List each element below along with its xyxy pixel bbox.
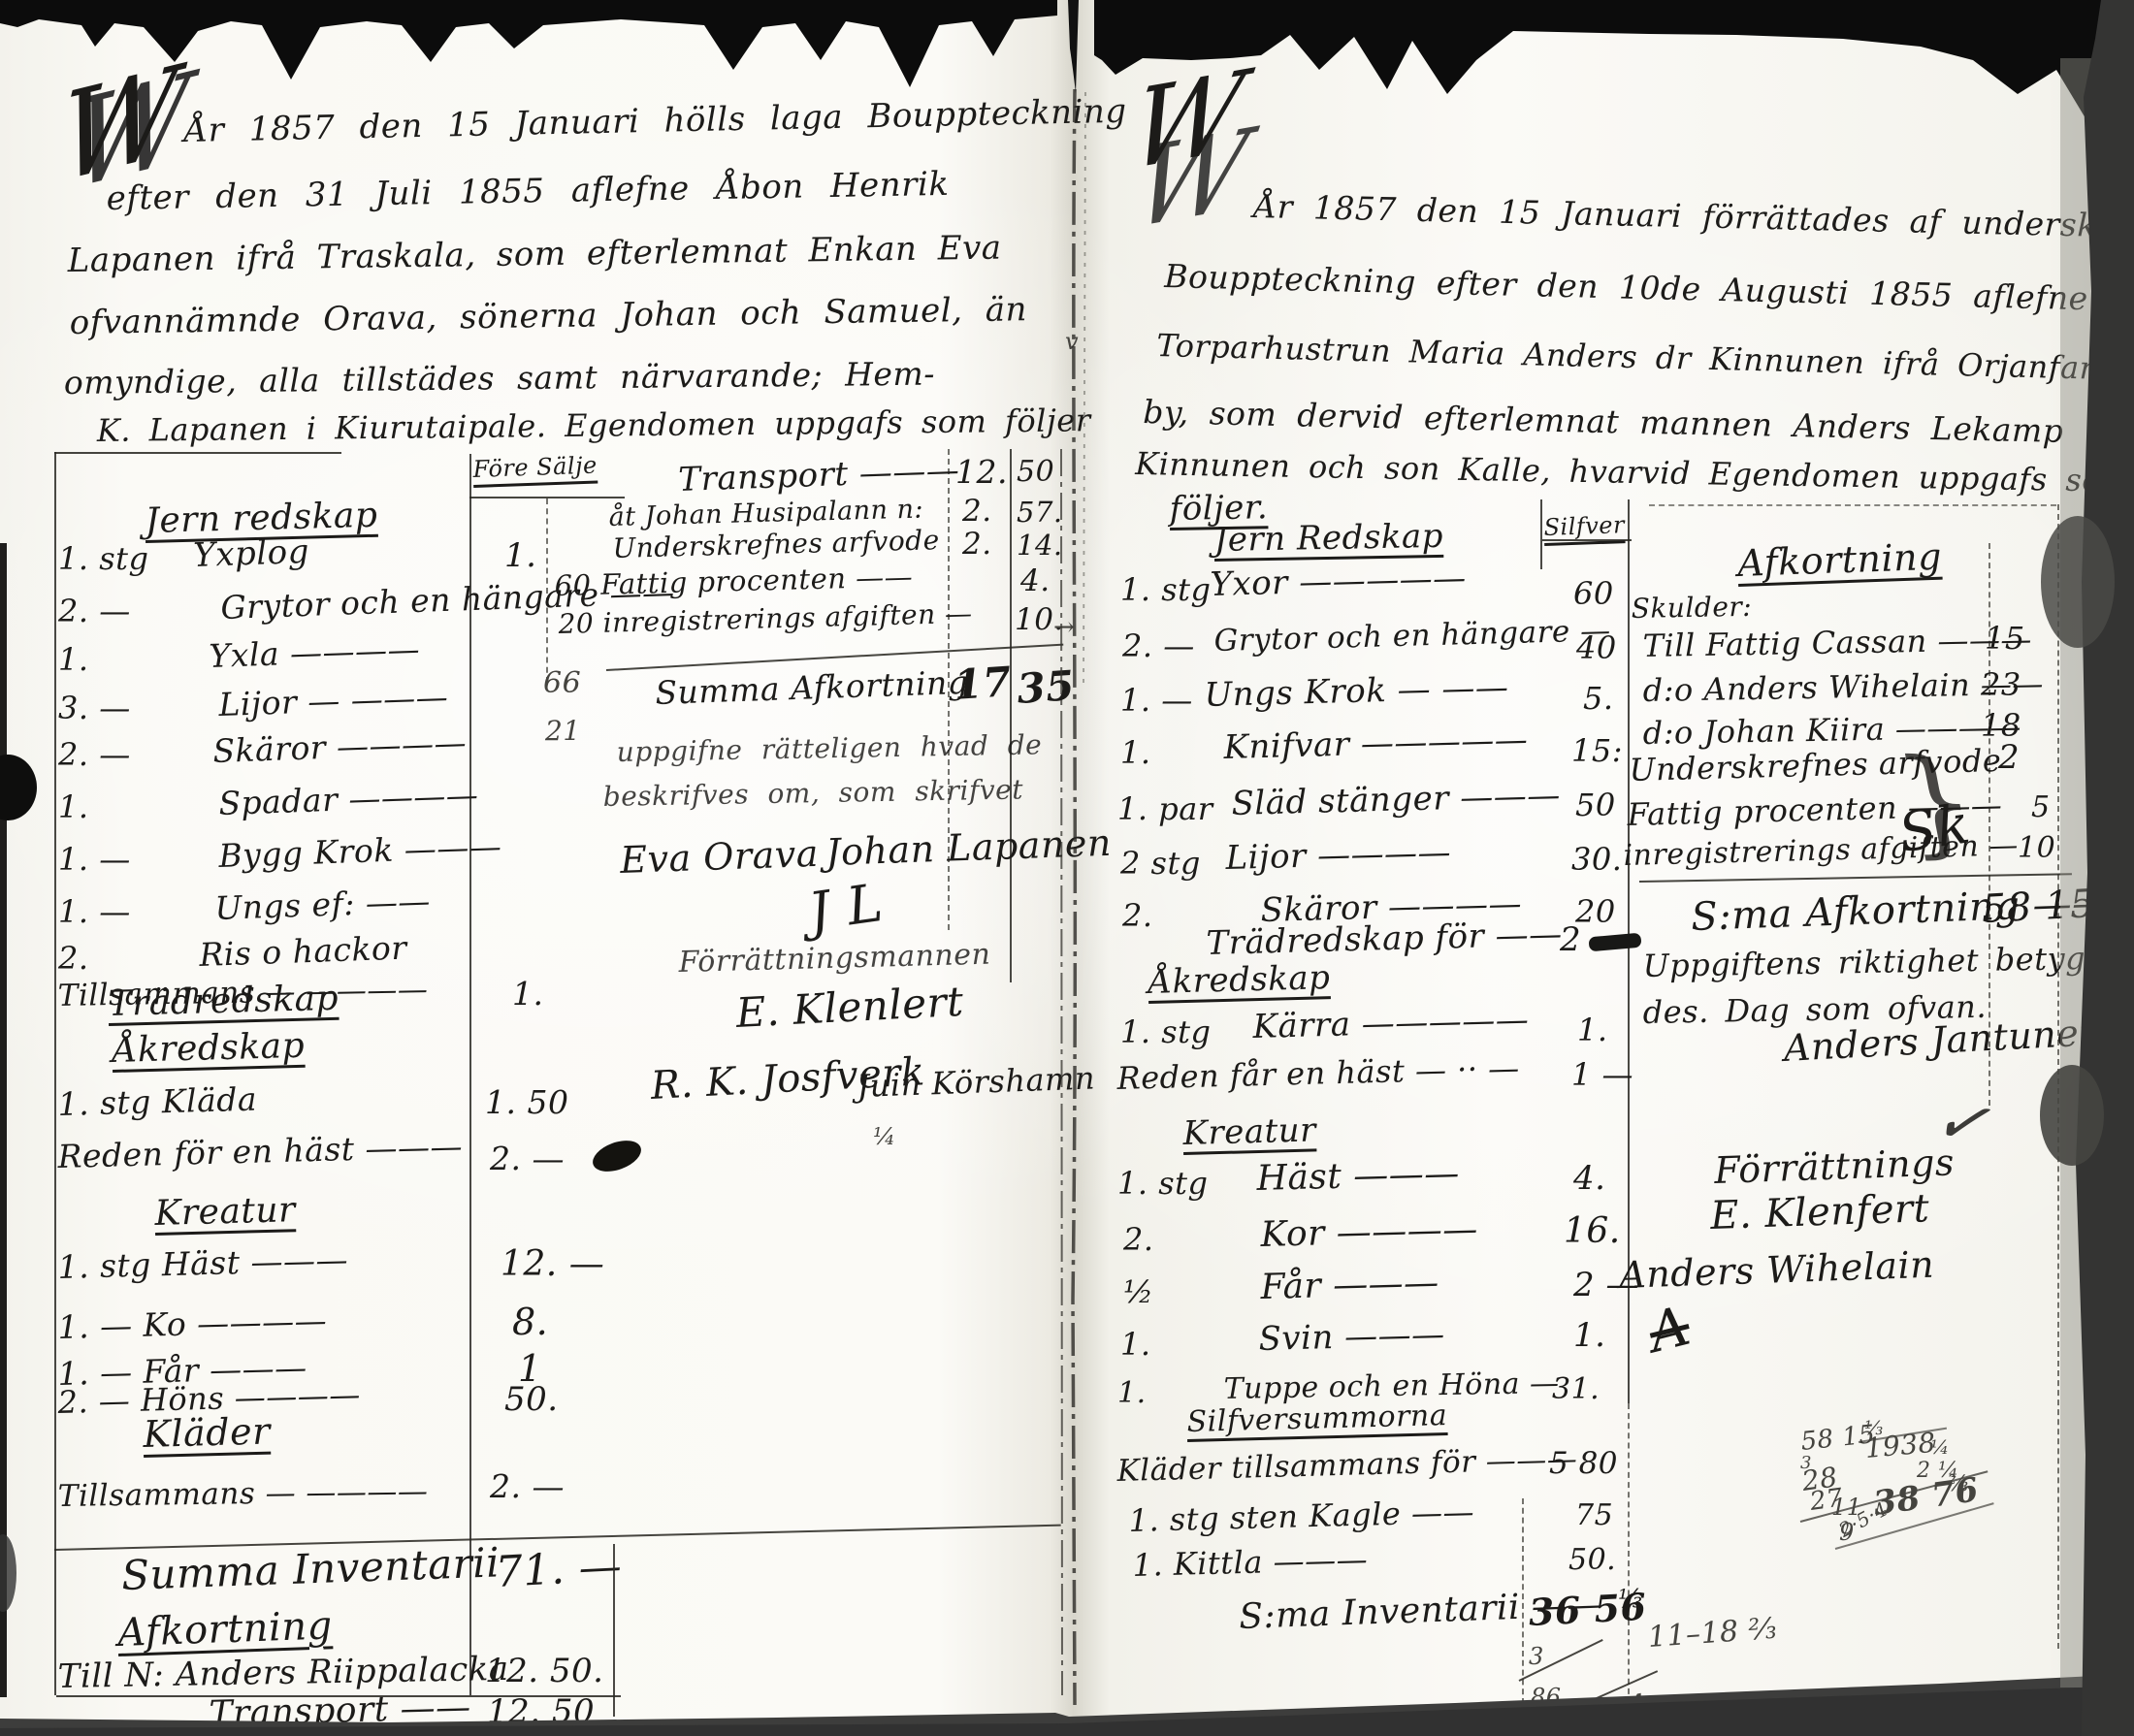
signature: Förrättnings	[1714, 1143, 1956, 1189]
item-value: 15:	[1571, 735, 1623, 766]
item-label: Spadar ————	[218, 779, 479, 820]
heading-line: Bouppteckning efter den 10de Augusti 185…	[1164, 260, 2088, 314]
item-value: 5.	[1583, 683, 1614, 714]
item-no: 2. —	[58, 595, 131, 627]
pencil-calc: ¼	[1930, 1437, 1950, 1457]
ded-value: 23	[1981, 669, 2021, 700]
item-no: 2. —	[58, 739, 131, 770]
item-no: 1.	[1117, 1379, 1147, 1408]
heading-line: Lapanen ifrå Traskala, som efterlemnat E…	[68, 232, 1002, 277]
rule-line	[1010, 449, 1012, 982]
row-value: 2. —	[490, 1470, 565, 1502]
sub-header: Skulder:	[1632, 594, 1753, 623]
ded-sum-value: 58 15	[1981, 884, 2096, 929]
section-header: Kreatur	[154, 1193, 296, 1232]
item-label: Häst ———	[1256, 1157, 1460, 1197]
ded-value: 2	[1998, 741, 2020, 774]
note-label: Transport ———	[678, 454, 960, 497]
item-label: Yxor —————	[1210, 562, 1467, 601]
heading-line: omyndige, alla tillstädes samt närvarand…	[64, 358, 935, 399]
signature: Eva Orava	[620, 835, 820, 879]
row-value: 71. —	[495, 1545, 624, 1594]
item-label: Kärra —————	[1252, 1004, 1530, 1044]
item-no: 1. stg	[1117, 1168, 1208, 1199]
item-label: Lijor ————	[1225, 836, 1451, 875]
rule-line	[1628, 1403, 1630, 1704]
scan-edge-top-nub	[1068, 0, 1079, 93]
row-label: 1. stg Häst ———	[57, 1243, 348, 1283]
ded-label: Till Fattig Cassan ———	[1642, 624, 2032, 661]
cert-line: beskrifves om, som skrifvet	[603, 776, 1024, 811]
edge-stain	[2040, 1065, 2104, 1166]
note-kop: 50	[1017, 458, 1054, 487]
edge-blob	[0, 755, 37, 820]
section-header: Åkredskap	[112, 1029, 306, 1069]
row-value: 50.	[504, 1383, 559, 1416]
row-label: Trädredskap för ——	[1206, 917, 1563, 960]
item-no: 2.	[1123, 1224, 1154, 1255]
item-value: 1.	[1573, 1319, 1605, 1352]
item-label: Skäror ————	[212, 726, 468, 767]
row-label: 1. — Ko ————	[57, 1304, 327, 1343]
rule-line	[469, 454, 471, 1695]
rule-line	[1540, 499, 1542, 569]
note-rub: 2.	[962, 530, 992, 560]
column-header: Före Sälje	[472, 454, 598, 481]
item-label: Svin ———	[1258, 1318, 1445, 1356]
item-no: 2. —	[1122, 630, 1195, 661]
item-label: Kor ————	[1260, 1212, 1478, 1253]
item-label: Yxplog	[193, 535, 310, 572]
row-value: 5 80	[1549, 1449, 1618, 1479]
signature: Johan Lapanen	[825, 824, 1113, 871]
item-no: 1.	[58, 644, 89, 675]
item-no: 2.	[1122, 900, 1153, 931]
pencil-calc: ⅔	[1948, 1474, 1969, 1495]
flourish-mark: W	[1123, 55, 1251, 186]
edge-blob	[0, 1534, 16, 1612]
pencil-note: 64	[1596, 1689, 1652, 1736]
item-value: 1 —	[1571, 1059, 1633, 1090]
item-value: 1.	[1577, 1014, 1608, 1045]
row-value: 75	[1575, 1501, 1613, 1530]
ded-value: 10	[2018, 834, 2055, 863]
scan-edge-left	[0, 543, 7, 1697]
pencil-note: 3	[1529, 1645, 1544, 1668]
item-no: 1.	[1120, 737, 1151, 768]
item-value: 16.	[1564, 1214, 1621, 1249]
section-header: Afkortning	[1737, 538, 1943, 582]
note-sum-label: Summa Afkortning	[655, 666, 969, 709]
scan-edge-right	[2076, 0, 2134, 1736]
pencil-note: 66	[543, 669, 581, 698]
section-header: Åkredskap	[1148, 961, 1331, 999]
item-label: Ungs Krok — ——	[1204, 671, 1509, 712]
heading-line: efter den 31 Juli 1855 aflefne Åbon Henr…	[106, 168, 949, 215]
item-value: 40	[1576, 632, 1617, 663]
heading-line: Torparhustrun Maria Anders dr Kinnunen i…	[1156, 330, 2132, 385]
ded-value: 5	[2031, 793, 2051, 822]
row-label: 1. stg Kläda	[57, 1083, 257, 1120]
rule-line	[613, 1544, 615, 1717]
section-header: Kreatur	[1182, 1113, 1316, 1150]
row-value: 1. 50	[485, 1086, 568, 1118]
row-label: 1. Kittla ———	[1132, 1544, 1368, 1581]
note-rub: 2.	[962, 497, 992, 527]
bomaerke-mark: A	[1643, 1300, 1695, 1362]
cert-line: Uppgiftens riktighet betyga-	[1642, 943, 2116, 981]
monogram-mark: J L	[805, 877, 886, 939]
row-label: Tillsammans — ————	[57, 975, 428, 1012]
pencil-note: 21	[545, 718, 581, 745]
item-label: Yxla ————	[209, 632, 421, 672]
rule-line	[54, 452, 56, 1695]
section-header: Afkortning	[117, 1606, 334, 1653]
item-label: Grytor och en hängare —	[1213, 616, 1611, 657]
item-no: 1. stg	[1120, 1016, 1211, 1047]
row-label: 1. stg sten Kagle ——	[1128, 1496, 1474, 1536]
item-value: 20	[1575, 896, 1616, 927]
row-label: Kläder tillsammans för ———	[1116, 1445, 1577, 1487]
note-sum-rub: 17	[953, 661, 1013, 706]
heading-line: År 1857 den 15 Januari förrättades af un…	[1253, 190, 2134, 243]
row-label: Tillsammans — ————	[58, 1477, 429, 1512]
note-kop: 4.	[1020, 566, 1051, 596]
item-no: 1. —	[58, 896, 131, 927]
scanned-ledger-spread: W År 1857 den 15 Januari hölls laga Boup…	[0, 0, 2134, 1736]
signature: E. Klenlert	[735, 981, 965, 1034]
row-label: Reden för en häst ———	[57, 1130, 463, 1173]
row-label: Transport ——	[209, 1690, 471, 1732]
item-label: Släd stänger ———	[1231, 779, 1561, 820]
row-value: 1.	[512, 978, 544, 1010]
row-value: 2. —	[490, 1142, 565, 1174]
item-no: ½	[1123, 1276, 1154, 1307]
section-header: Jern Redskap	[1213, 520, 1443, 557]
item-no: 1.	[58, 791, 89, 822]
ink-smudge	[589, 1135, 645, 1177]
item-value: 4.	[1573, 1162, 1605, 1195]
note-label: Underskrefnes arfvode	[612, 527, 940, 563]
ded-value: 18	[1981, 710, 2021, 741]
heading-line: K. Lapanen i Kiurutaipale. Egendomen upp…	[97, 404, 1091, 446]
row-label: Summa Inventarii	[121, 1542, 501, 1596]
item-no: 1. —	[58, 844, 131, 875]
gutter-fold-line	[1083, 92, 1085, 684]
item-label: Ungs ef: ——	[214, 884, 431, 924]
item-label: Bygg Krok ———	[218, 830, 502, 872]
note-kop: 57.	[1017, 498, 1063, 527]
edge-stain	[2041, 516, 2115, 648]
signature: Juin Körshamn	[857, 1062, 1096, 1102]
pencil-note: 11–18 ⅔	[1647, 1615, 1778, 1653]
cert-line: uppgifne rätteligen hvad de	[617, 731, 1043, 766]
ink-blot	[1588, 933, 1641, 952]
row-value: 12. 50	[487, 1695, 595, 1728]
note-kop: 14.	[1017, 531, 1063, 560]
item-value: 50	[1575, 789, 1616, 820]
row-value: 12. 50.	[485, 1655, 603, 1688]
item-no: 1. par	[1117, 793, 1213, 824]
item-no: 1. stg	[58, 543, 148, 574]
heading-line: ofvannämnde Orava, sönerna Johan och Sam…	[70, 293, 1028, 339]
item-label: Knifvar —————	[1223, 723, 1529, 764]
item-label: Ris o hackor	[199, 932, 407, 971]
item-no: 1. —	[1120, 685, 1193, 716]
heading-line: År 1857 den 15 Januari hölls laga Bouppt…	[183, 95, 1127, 147]
section-header: Silfversummorna	[1186, 1401, 1447, 1437]
item-value: 1.	[504, 539, 536, 572]
item-label: Får ———	[1260, 1266, 1439, 1305]
item-label: Lijor — ———	[218, 681, 449, 721]
item-value: 31.	[1552, 1375, 1600, 1404]
monogram-mark: Sk	[1895, 797, 1973, 861]
row-label: Till N: Anders Riippalacka	[57, 1653, 508, 1693]
pencil-note: ¼	[873, 1125, 896, 1148]
row-value: 8.	[512, 1303, 548, 1340]
item-no: 3. —	[58, 692, 131, 723]
rule-line	[1639, 873, 2072, 883]
rule-line	[1649, 504, 2056, 506]
row-value: 2	[1560, 923, 1581, 956]
signature: E. Klenfert	[1710, 1189, 1930, 1236]
item-value: 30.	[1571, 844, 1622, 875]
pencil-calc: 1938	[1864, 1430, 1937, 1463]
ded-value: 15	[1985, 623, 2025, 654]
note-rub: 12.	[955, 456, 1008, 488]
rule-line	[54, 452, 341, 454]
item-no: 1. stg	[1120, 574, 1211, 605]
item-no: 2 stg	[1120, 848, 1201, 879]
column-header: Silfver	[1543, 513, 1625, 539]
item-label: Reden får en häst — ·· —	[1116, 1052, 1520, 1094]
fraction-mark: ⅓	[1618, 1587, 1643, 1612]
rule-line	[2057, 504, 2059, 1649]
note-label: 20 inregistrerings afgiften —	[558, 600, 973, 638]
item-no: 1.	[1120, 1329, 1151, 1360]
cert-title: Förrättningsmannen	[678, 941, 990, 978]
signature: Anders Wihelain	[1619, 1246, 1935, 1294]
row-value: 50.	[1568, 1546, 1616, 1575]
row-value: 12. —	[501, 1247, 604, 1282]
gutter-mark: →	[1053, 615, 1075, 640]
section-header: Kläder	[143, 1413, 271, 1453]
item-value: 60	[1573, 578, 1614, 609]
pencil-note: 86	[1531, 1686, 1562, 1709]
heading-line: Kinnunen och son Kalle, hvarvid Egendome…	[1135, 448, 2131, 497]
note-label: 60 Fattig procenten ——	[554, 563, 913, 600]
note-sum-kop: 35	[1016, 665, 1076, 710]
heading-line: by, som dervid efterlemnat mannen Anders…	[1143, 396, 2064, 447]
item-no: 2.	[58, 943, 89, 974]
gutter-mark: v	[1065, 330, 1079, 353]
